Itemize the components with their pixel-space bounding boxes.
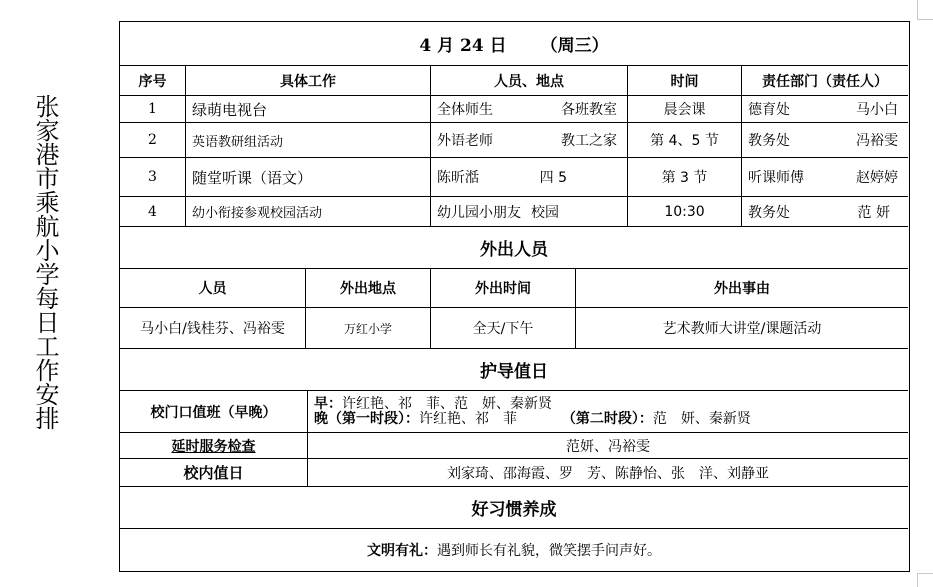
habits-title: 好习惯养成 — [120, 487, 908, 528]
task-cell: 幼小衔接参观校园活动 — [186, 197, 431, 226]
time-cell: 第 3 节 — [628, 158, 742, 196]
daily-schedule-table: 4 月 24 日 （周三） 序号 具体工作 人员、地点 时间 责任部门（责任人）… — [119, 21, 910, 572]
campus-duty-label: 校内值日 — [120, 459, 308, 486]
after-school-check-label: 延时服务检查 — [172, 436, 256, 456]
people-place-cell: 幼儿园小朋友 校园 — [431, 197, 628, 226]
habits-row: 文明有礼：遇到师长有礼貌，微笑摆手问声好。 — [120, 529, 908, 571]
people-text: 全体师生 — [437, 99, 493, 119]
schedule-header-row: 序号 具体工作 人员、地点 时间 责任部门（责任人） — [120, 66, 908, 96]
school-title-vertical: 张家港市乘航小学每日工作安排 — [22, 94, 58, 430]
dept-text: 听课师傅 — [748, 167, 804, 187]
people-place-cell: 外语老师 教工之家 — [431, 123, 628, 157]
date-label: 4 月 24 日 — [419, 31, 506, 56]
header-no: 序号 — [120, 66, 186, 95]
after-school-check-row: 延时服务检查 范妍、冯裕雯 — [120, 433, 908, 459]
evening2-label: （第二时段）： — [562, 411, 653, 427]
row-number: 2 — [120, 123, 186, 157]
table-row: 3 随堂听课（语文） 陈昕湉 四 5 第 3 节 听课师傅 赵婷婷 — [120, 158, 908, 197]
after-school-check-staff: 范妍、冯裕雯 — [308, 433, 908, 458]
people-text: 陈昕湉 — [437, 167, 479, 187]
outings-title: 外出人员 — [120, 227, 908, 268]
task-cell: 随堂听课（语文） — [186, 158, 431, 196]
header-outing-reason: 外出事由 — [576, 269, 908, 307]
header-outing-people: 人员 — [120, 269, 306, 307]
evening1-staff: 许红艳、祁 菲 — [419, 411, 517, 427]
dept-cell: 听课师傅 赵婷婷 — [742, 158, 908, 196]
header-outing-time: 外出时间 — [431, 269, 576, 307]
duty-section-heading: 护导值日 — [120, 349, 908, 391]
habit-text: 遇到师长有礼貌，微笑摆手问声好。 — [437, 540, 661, 560]
campus-duty-row: 校内值日 刘家琦、邵海霞、罗 芳、陈静怡、张 洋、刘静亚 — [120, 459, 908, 487]
owner-text: 马小白 — [856, 99, 898, 119]
time-cell: 第 4、5 节 — [628, 123, 742, 157]
duty-title: 护导值日 — [120, 349, 908, 390]
row-number: 4 — [120, 197, 186, 226]
dept-text: 教务处 — [748, 130, 790, 150]
document-page: 张家港市乘航小学每日工作安排 4 月 24 日 （周三） 序号 具体工作 人员、… — [0, 0, 933, 587]
evening-shifts: 晚（第一时段）：许红艳、祁 菲 （第二时段）：范 妍、秦新贤 — [314, 412, 751, 427]
gate-duty-schedule: 早：许红艳、祁 菲、范 妍、秦新贤 晚（第一时段）：许红艳、祁 菲 （第二时段）… — [308, 391, 908, 432]
gate-duty-label: 校门口值班（早晚） — [120, 391, 308, 432]
morning-staff: 许红艳、祁 菲、范 妍、秦新贤 — [342, 396, 552, 412]
row-number: 1 — [120, 96, 186, 122]
dept-cell: 教务处 范 妍 — [742, 197, 908, 226]
place-text: 各班教室 — [561, 99, 617, 119]
people-place-cell: 陈昕湉 四 5 — [431, 158, 628, 196]
task-cell: 绿萌电视台 — [186, 96, 431, 122]
weekday-label: （周三） — [541, 31, 609, 56]
dept-cell: 教务处 冯裕雯 — [742, 123, 908, 157]
table-row: 4 幼小衔接参观校园活动 幼儿园小朋友 校园 10:30 教务处 范 妍 — [120, 197, 908, 227]
header-outing-place: 外出地点 — [306, 269, 431, 307]
table-row: 2 英语教研组活动 外语老师 教工之家 第 4、5 节 教务处 冯裕雯 — [120, 123, 908, 158]
campus-duty-staff: 刘家琦、邵海霞、罗 芳、陈静怡、张 洋、刘静亚 — [308, 459, 908, 486]
outing-place-cell: 万红小学 — [306, 308, 431, 348]
outing-time-cell: 全天/下午 — [431, 308, 576, 348]
outing-people-cell: 马小白/钱桂芬、冯裕雯 — [120, 308, 306, 348]
owner-text: 赵婷婷 — [856, 167, 898, 187]
date-title-row: 4 月 24 日 （周三） — [120, 22, 908, 66]
header-task: 具体工作 — [186, 66, 431, 95]
dept-cell: 德育处 马小白 — [742, 96, 908, 122]
people-place-cell: 全体师生 各班教室 — [431, 96, 628, 122]
place-text: 四 5 — [540, 167, 567, 187]
row-number: 3 — [120, 158, 186, 196]
header-dept: 责任部门（责任人） — [742, 66, 908, 95]
people-text: 幼儿园小朋友 — [437, 202, 521, 222]
table-row: 1 绿萌电视台 全体师生 各班教室 晨会课 德育处 马小白 — [120, 96, 908, 123]
outings-table-row: 马小白/钱桂芬、冯裕雯 万红小学 全天/下午 艺术教师大讲堂/课题活动 — [120, 308, 908, 349]
evening2-staff: 范 妍、秦新贤 — [653, 411, 751, 427]
dept-text: 教务处 — [748, 202, 790, 222]
place-text: 校园 — [531, 202, 559, 222]
morning-label: 早： — [314, 396, 342, 412]
header-time: 时间 — [628, 66, 742, 95]
time-cell: 10:30 — [628, 197, 742, 226]
habit-label: 文明有礼： — [367, 540, 437, 560]
owner-text: 冯裕雯 — [856, 130, 898, 150]
gate-duty-row: 校门口值班（早晚） 早：许红艳、祁 菲、范 妍、秦新贤 晚（第一时段）：许红艳、… — [120, 391, 908, 433]
header-people-place: 人员、地点 — [431, 66, 628, 95]
people-text: 外语老师 — [437, 130, 493, 150]
page-corner-mark-bottom — [917, 573, 933, 587]
place-text: 教工之家 — [561, 130, 617, 150]
page-corner-mark-top — [917, 0, 933, 20]
morning-shift: 早：许红艳、祁 菲、范 妍、秦新贤 — [314, 397, 552, 412]
outings-section-heading: 外出人员 — [120, 227, 908, 269]
time-cell: 晨会课 — [628, 96, 742, 122]
dept-text: 德育处 — [748, 99, 790, 119]
owner-text: 范 妍 — [858, 202, 890, 222]
habits-content: 文明有礼：遇到师长有礼貌，微笑摆手问声好。 — [120, 529, 908, 571]
habits-section-heading: 好习惯养成 — [120, 487, 908, 529]
outing-reason-cell: 艺术教师大讲堂/课题活动 — [576, 308, 908, 348]
task-cell: 英语教研组活动 — [186, 123, 431, 157]
evening1-label: 晚（第一时段）： — [314, 411, 419, 427]
outings-header-row: 人员 外出地点 外出时间 外出事由 — [120, 269, 908, 308]
